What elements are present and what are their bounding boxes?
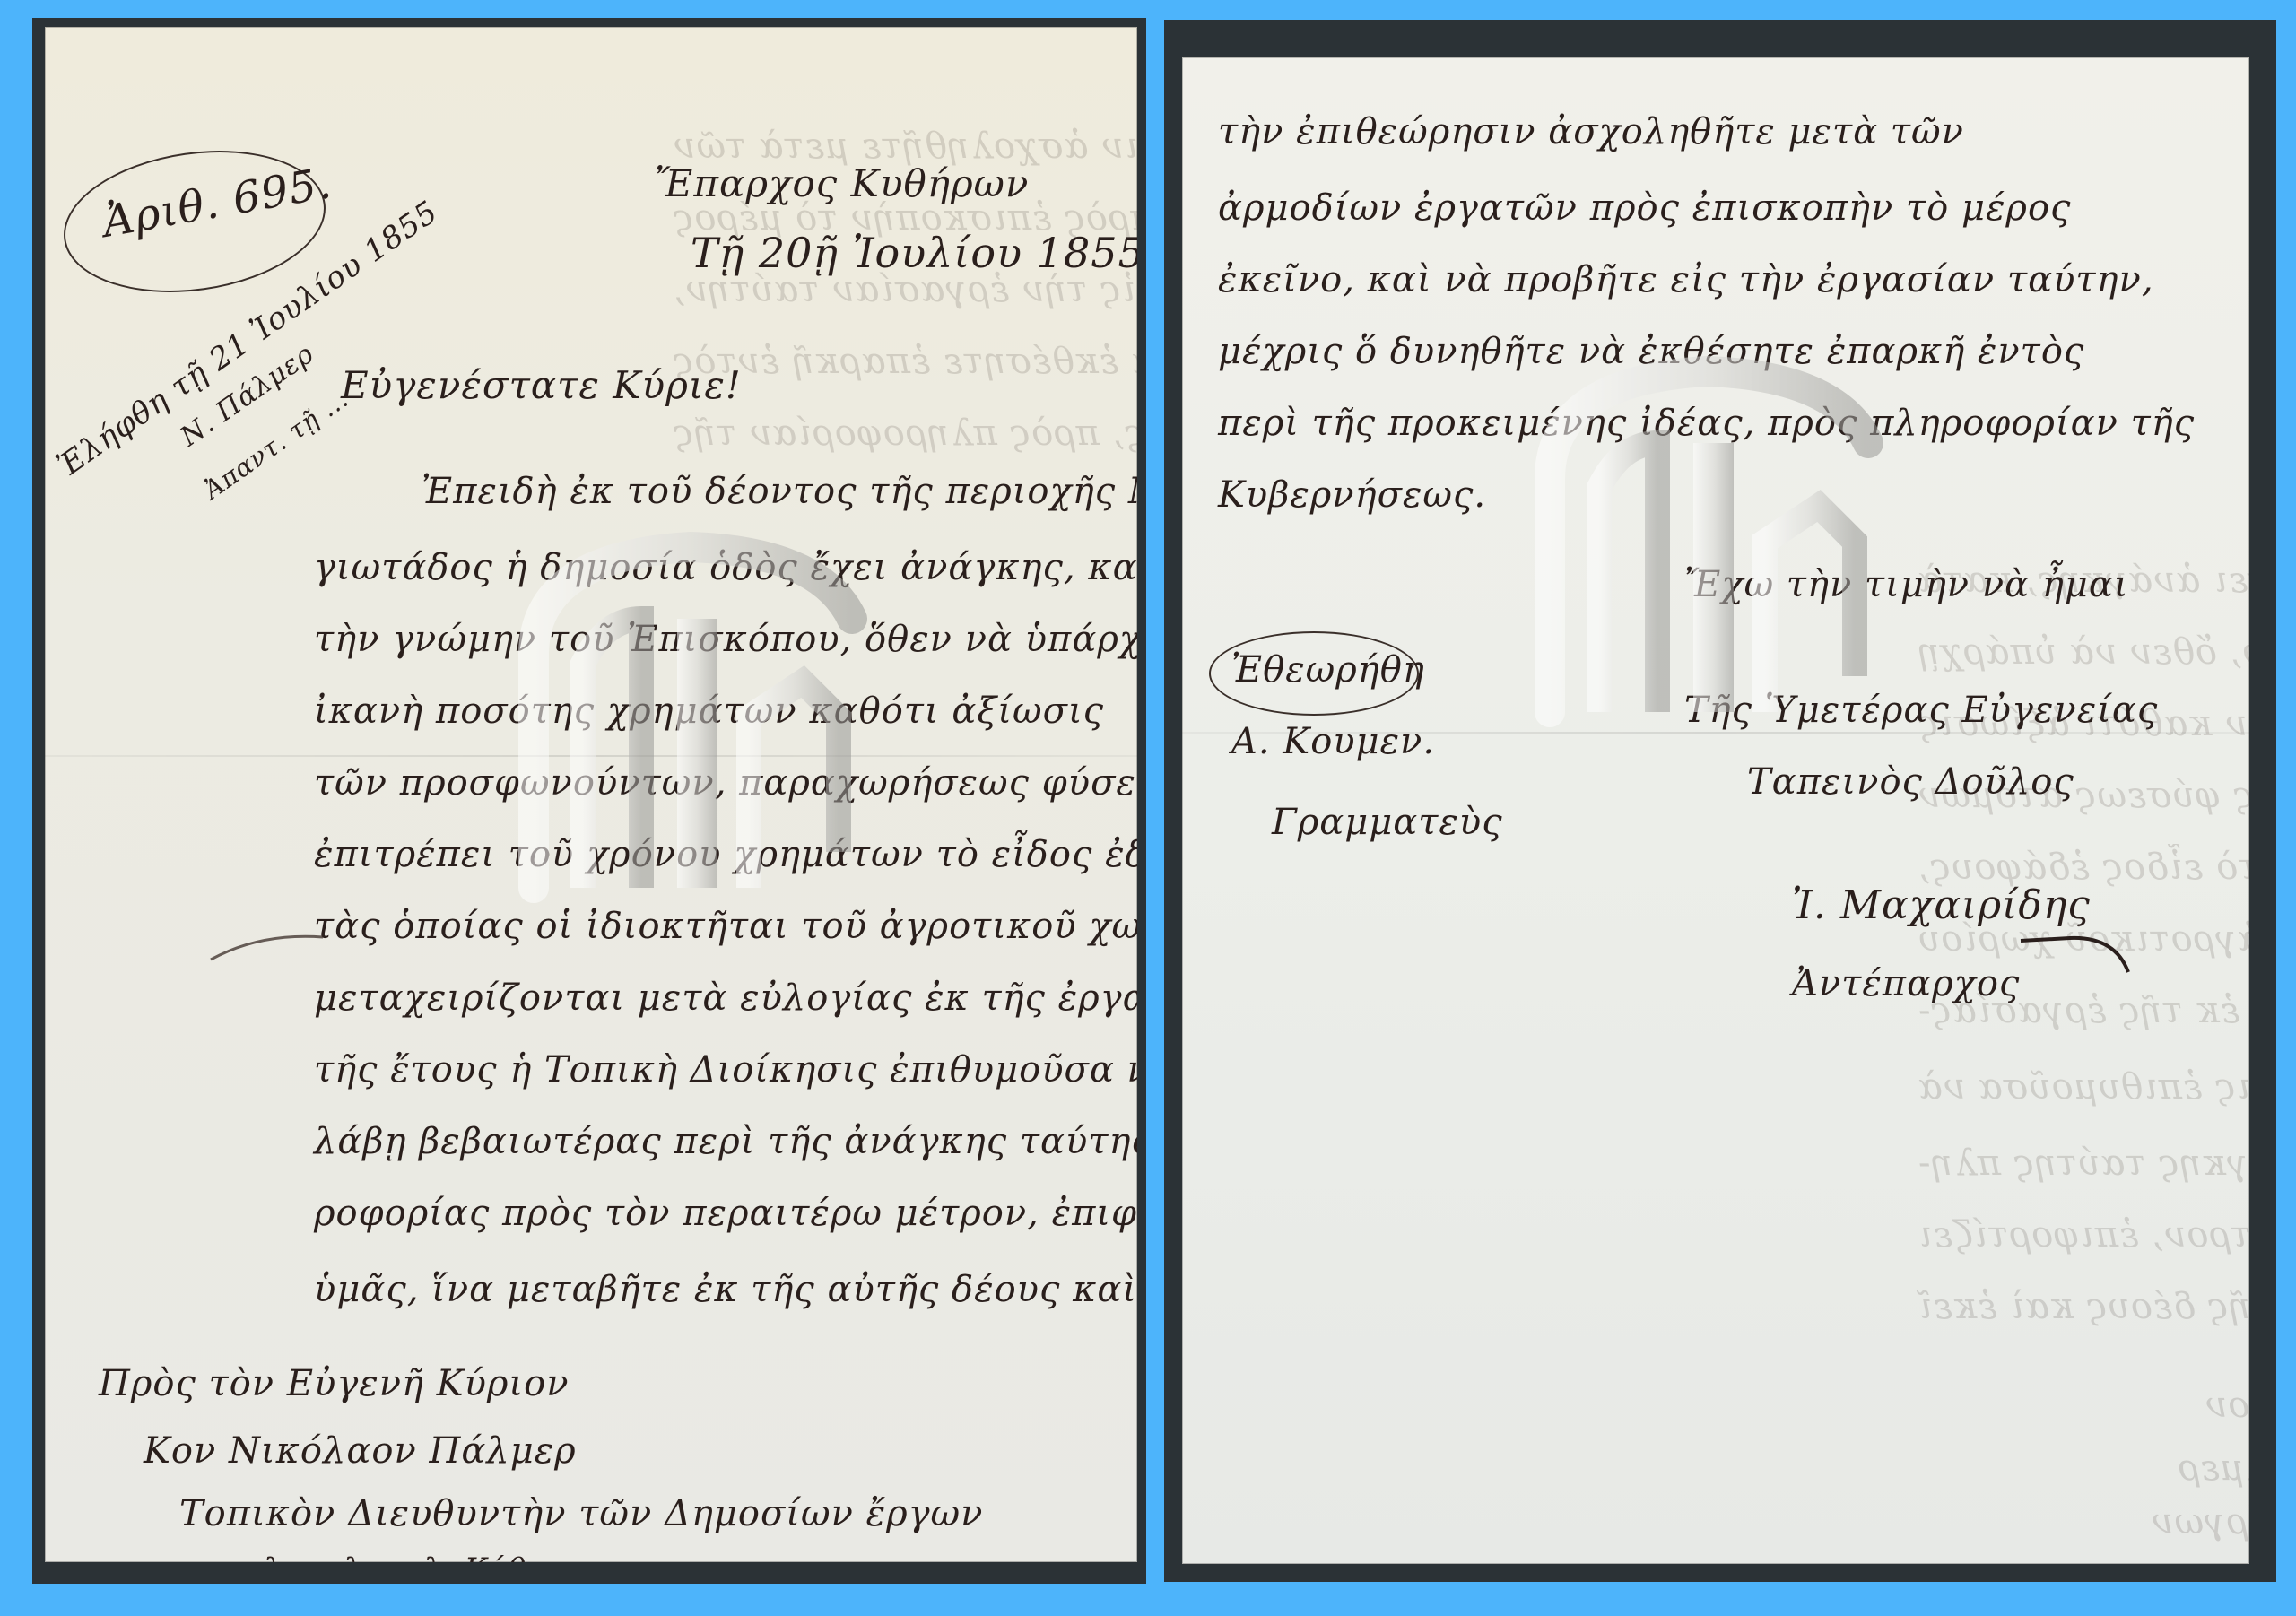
header-date: Τῇ 20ῇ Ἰουλίου 1855.	[691, 229, 1137, 277]
body-line: ἐκεῖνο, καὶ νὰ προβῆτε εἰς τὴν ἐργασίαν …	[1218, 259, 2154, 300]
right-letter-page: γιωτάδος ἡ δημοσία ὁδὸς ἔχει ἀνάγκης, κα…	[1182, 57, 2249, 1564]
body-line: ὑμᾶς, ἵνα μεταβῆτε ἐκ τῆς αὐτῆς δέους κα…	[314, 1269, 1137, 1310]
bleed-through-text: Πρὸς τὸν Εὐγενῆ Κύριον	[2205, 1385, 2249, 1426]
bleed-through-text: μέχρις ὅ δυνηθῆτε νὰ ἐκθέσητε ἐπαρκῆ ἐντ…	[673, 341, 1137, 382]
body-line: μεταχειρίζονται μετὰ εὐλογίας ἐκ τῆς ἐργ…	[314, 977, 1137, 1019]
bleed-through-text: Κον Νικόλαον Πάλμερ	[2178, 1447, 2249, 1489]
pen-flourish	[206, 915, 332, 969]
salutation: Εὐγενέστατε Κύριε!	[341, 363, 742, 407]
bleed-through-text: ροφορίας πρὸς τὸν περαιτέρω μέτρον, ἐπιφ…	[1918, 1214, 2249, 1255]
body-line: τὴν ἐπιθεώρησιν ἀσχοληθῆτε μετὰ τῶν	[1218, 111, 1964, 152]
body-line: τῆς ἔτους ἡ Τοπικὴ Διοίκησις ἐπιθυμοῦσα …	[314, 1049, 1137, 1090]
body-line: ἀρμοδίων ἐργατῶν πρὸς ἐπισκοπὴν τὸ μέρος	[1218, 187, 2071, 229]
recipient-line: Τοπικὸν Διευθυντὴν τῶν Δημοσίων ἔργων	[179, 1493, 983, 1534]
body-line: λάβῃ βεβαιωτέρας περὶ τῆς ἀνάγκης ταύτης…	[314, 1121, 1137, 1162]
body-line: Ἐπειδὴ ἐκ τοῦ δέοντος τῆς περιοχῆς Μα-	[422, 471, 1137, 512]
left-letter-page: τὴν ἐπιθεώρησιν ἀσχοληθῆτε μετὰ τῶν ἀρμο…	[45, 27, 1137, 1562]
watermark-monogram-icon	[1514, 353, 1900, 730]
endorsement-label: Ἐθεωρήθη	[1231, 649, 1425, 691]
recipient-line: κτλ. κτλ. κτλ. Κύθηρα	[224, 1551, 587, 1562]
recipient-line: Πρὸς τὸν Εὐγενῆ Κύριον	[99, 1363, 570, 1404]
body-line: ροφορίας πρὸς τὸν περαιτέρω μέτρον, ἐπιφ…	[314, 1193, 1137, 1234]
secretary-title: Γραμματεὺς	[1272, 802, 1503, 843]
signature-flourish	[2016, 918, 2133, 981]
bleed-through-text: Τοπικὸν Διευθυντὴν τῶν Δημοσίων ἔργων	[2151, 1501, 2249, 1542]
body-line: Κυβερνήσεως.	[1218, 474, 1486, 516]
watermark-monogram-icon	[498, 529, 883, 906]
recipient-line: Κον Νικόλαον Πάλμερ	[143, 1430, 577, 1472]
bleed-through-text: ὑμᾶς, ἵνα μεταβῆτε ἐκ τῆς αὐτῆς δέους κα…	[1918, 1286, 2249, 1327]
signatory-title: Ἀντέπαρχος	[1792, 963, 2020, 1004]
header-place: Ἔπαρχος Κυθήρων	[655, 161, 1029, 205]
bleed-through-text: περὶ τῆς προκειμένης ἰδέας, πρὸς πληροφο…	[673, 413, 1137, 454]
bleed-through-text: τὴν γνώμην τοῦ Ἐπισκόπου, ὅθεν νὰ ὑπάρχῃ	[1918, 631, 2249, 673]
body-line: τὰς ὁποίας οἱ ἰδιοκτῆται τοῦ ἀγροτικοῦ χ…	[314, 906, 1137, 947]
bleed-through-text: λάβῃ βεβαιωτέρας περὶ τῆς ἀνάγκης ταύτης…	[1918, 1142, 2249, 1184]
endorser-signature: Α. Κουμεν.	[1231, 721, 1435, 762]
humble-servant: Ταπεινὸς Δοῦλος	[1747, 761, 2074, 803]
bleed-through-text: τῆς ἔτους ἡ Τοπικὴ Διοίκησις ἐπιθυμοῦσα …	[1918, 1066, 2249, 1108]
